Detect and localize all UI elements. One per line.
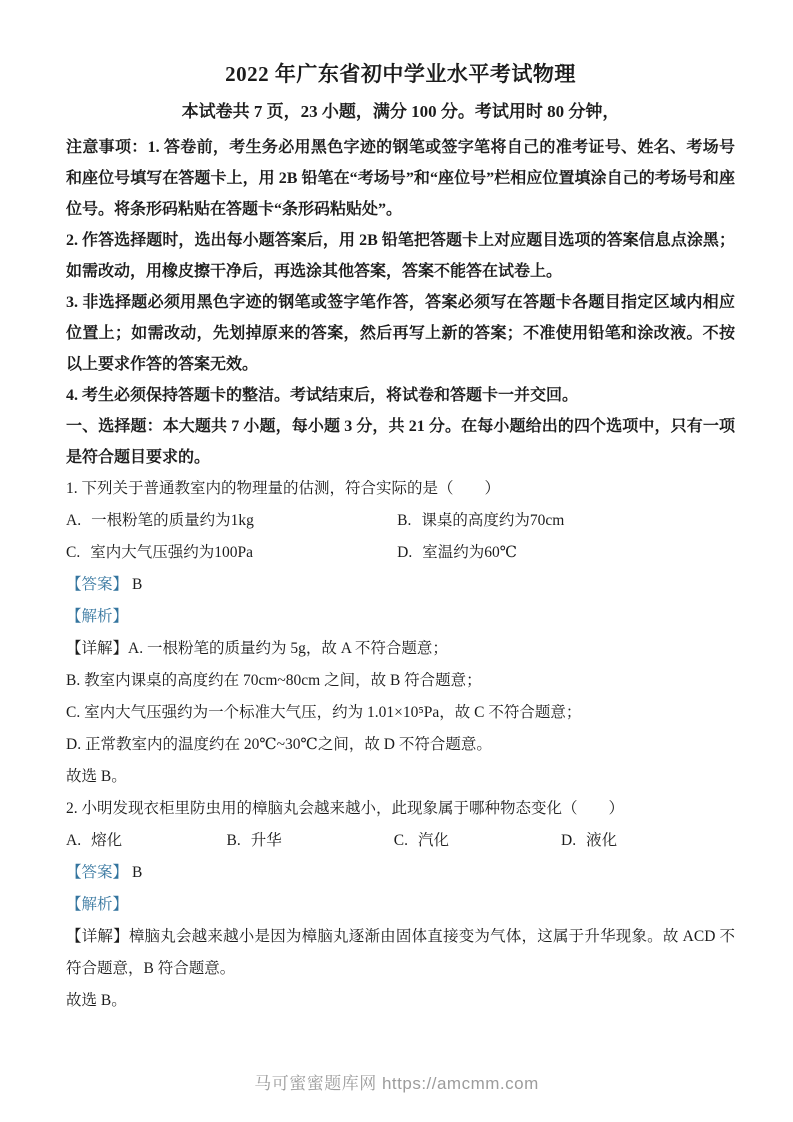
detail-paragraph: B. 教室内课桌的高度约在 70cm~80cm 之间，故 B 符合题意； bbox=[66, 665, 735, 697]
option-d: D.室温约为60℃ bbox=[397, 537, 735, 569]
option-label: C. bbox=[66, 544, 80, 561]
option-label: B. bbox=[397, 512, 411, 529]
option-text: 升华 bbox=[251, 832, 282, 849]
answer-line: 【答案】B bbox=[66, 857, 735, 889]
option-text: 液化 bbox=[586, 832, 617, 849]
footer-watermark: 马可蜜蜜题库网 https://amcmm.com bbox=[0, 1069, 793, 1094]
detail-paragraph: D. 正常教室内的温度约在 20℃~30℃之间，故 D 不符合题意。 bbox=[66, 729, 735, 761]
question-block-1: 1. 下列关于普通教室内的物理量的估测，符合实际的是（ ） A.一根粉笔的质量约… bbox=[66, 473, 735, 793]
option-text: 室温约为60℃ bbox=[422, 544, 517, 561]
question-options: A.一根粉笔的质量约为1kg B.课桌的高度约为70cm C.室内大气压强约为1… bbox=[66, 505, 735, 569]
conclusion-text: 故选 B。 bbox=[66, 985, 735, 1017]
answer-value: B bbox=[132, 864, 142, 881]
option-text: 课桌的高度约为70cm bbox=[421, 512, 564, 529]
option-label: D. bbox=[561, 832, 576, 849]
option-text: 一根粉笔的质量约为1kg bbox=[91, 512, 254, 529]
analysis-line: 【解析】 bbox=[66, 889, 735, 921]
answer-line: 【答案】B bbox=[66, 569, 735, 601]
option-text: 室内大气压强约为100Pa bbox=[90, 544, 253, 561]
option-d: D.液化 bbox=[561, 825, 735, 857]
question-stem: 2. 小明发现衣柜里防虫用的樟脑丸会越来越小，此现象属于哪种物态变化（ ） bbox=[66, 793, 735, 825]
detail-paragraph: 【详解】樟脑丸会越来越小是因为樟脑丸逐渐由固体直接变为气体，这属于升华现象。故 … bbox=[66, 921, 735, 985]
option-label: D. bbox=[397, 544, 412, 561]
option-c: C.汽化 bbox=[394, 825, 561, 857]
notice-paragraph-2: 2. 作答选择题时，选出每小题答案后，用 2B 铅笔把答题卡上对应题目选项的答案… bbox=[66, 225, 735, 287]
option-label: A. bbox=[66, 512, 81, 529]
question-block-2: 2. 小明发现衣柜里防虫用的樟脑丸会越来越小，此现象属于哪种物态变化（ ） A.… bbox=[66, 793, 735, 1017]
exam-notices: 注意事项：1. 答卷前，考生务必用黑色字迹的钢笔或签字笔将自己的准考证号、姓名、… bbox=[66, 132, 735, 411]
section-heading: 一、选择题：本大题共 7 小题，每小题 3 分，共 21 分。在每小题给出的四个… bbox=[66, 411, 735, 473]
analysis-label: 【解析】 bbox=[66, 608, 128, 625]
answer-label: 【答案】 bbox=[66, 864, 128, 881]
question-options: A.熔化 B.升华 C.汽化 D.液化 bbox=[66, 825, 735, 857]
question-stem: 1. 下列关于普通教室内的物理量的估测，符合实际的是（ ） bbox=[66, 473, 735, 505]
conclusion-text: 故选 B。 bbox=[66, 761, 735, 793]
answer-value: B bbox=[132, 576, 142, 593]
notice-paragraph-1: 注意事项：1. 答卷前，考生务必用黑色字迹的钢笔或签字笔将自己的准考证号、姓名、… bbox=[66, 132, 735, 225]
answer-label: 【答案】 bbox=[66, 576, 128, 593]
page-title: 2022 年广东省初中学业水平考试物理 bbox=[66, 56, 735, 92]
analysis-label: 【解析】 bbox=[66, 896, 128, 913]
exam-subtitle: 本试卷共 7 页，23 小题，满分 100 分。考试用时 80 分钟， bbox=[66, 92, 735, 132]
option-label: A. bbox=[66, 832, 81, 849]
analysis-line: 【解析】 bbox=[66, 601, 735, 633]
option-text: 汽化 bbox=[418, 832, 449, 849]
notice-paragraph-3: 3. 非选择题必须用黑色字迹的钢笔或签字笔作答，答案必须写在答题卡各题目指定区域… bbox=[66, 287, 735, 380]
option-label: B. bbox=[227, 832, 241, 849]
detail-paragraph: C. 室内大气压强约为一个标准大气压，约为 1.01×10⁵Pa，故 C 不符合… bbox=[66, 697, 735, 729]
option-b: B.课桌的高度约为70cm bbox=[397, 505, 735, 537]
exam-paper-page: 2022 年广东省初中学业水平考试物理 本试卷共 7 页，23 小题，满分 10… bbox=[0, 0, 793, 1122]
option-label: C. bbox=[394, 832, 408, 849]
detail-paragraph: 【详解】A. 一根粉笔的质量约为 5g，故 A 不符合题意； bbox=[66, 633, 735, 665]
option-a: A.一根粉笔的质量约为1kg bbox=[66, 505, 397, 537]
option-text: 熔化 bbox=[91, 832, 122, 849]
notice-paragraph-4: 4. 考生必须保持答题卡的整洁。考试结束后，将试卷和答题卡一并交回。 bbox=[66, 380, 735, 411]
option-c: C.室内大气压强约为100Pa bbox=[66, 537, 397, 569]
option-b: B.升华 bbox=[227, 825, 394, 857]
option-a: A.熔化 bbox=[66, 825, 227, 857]
